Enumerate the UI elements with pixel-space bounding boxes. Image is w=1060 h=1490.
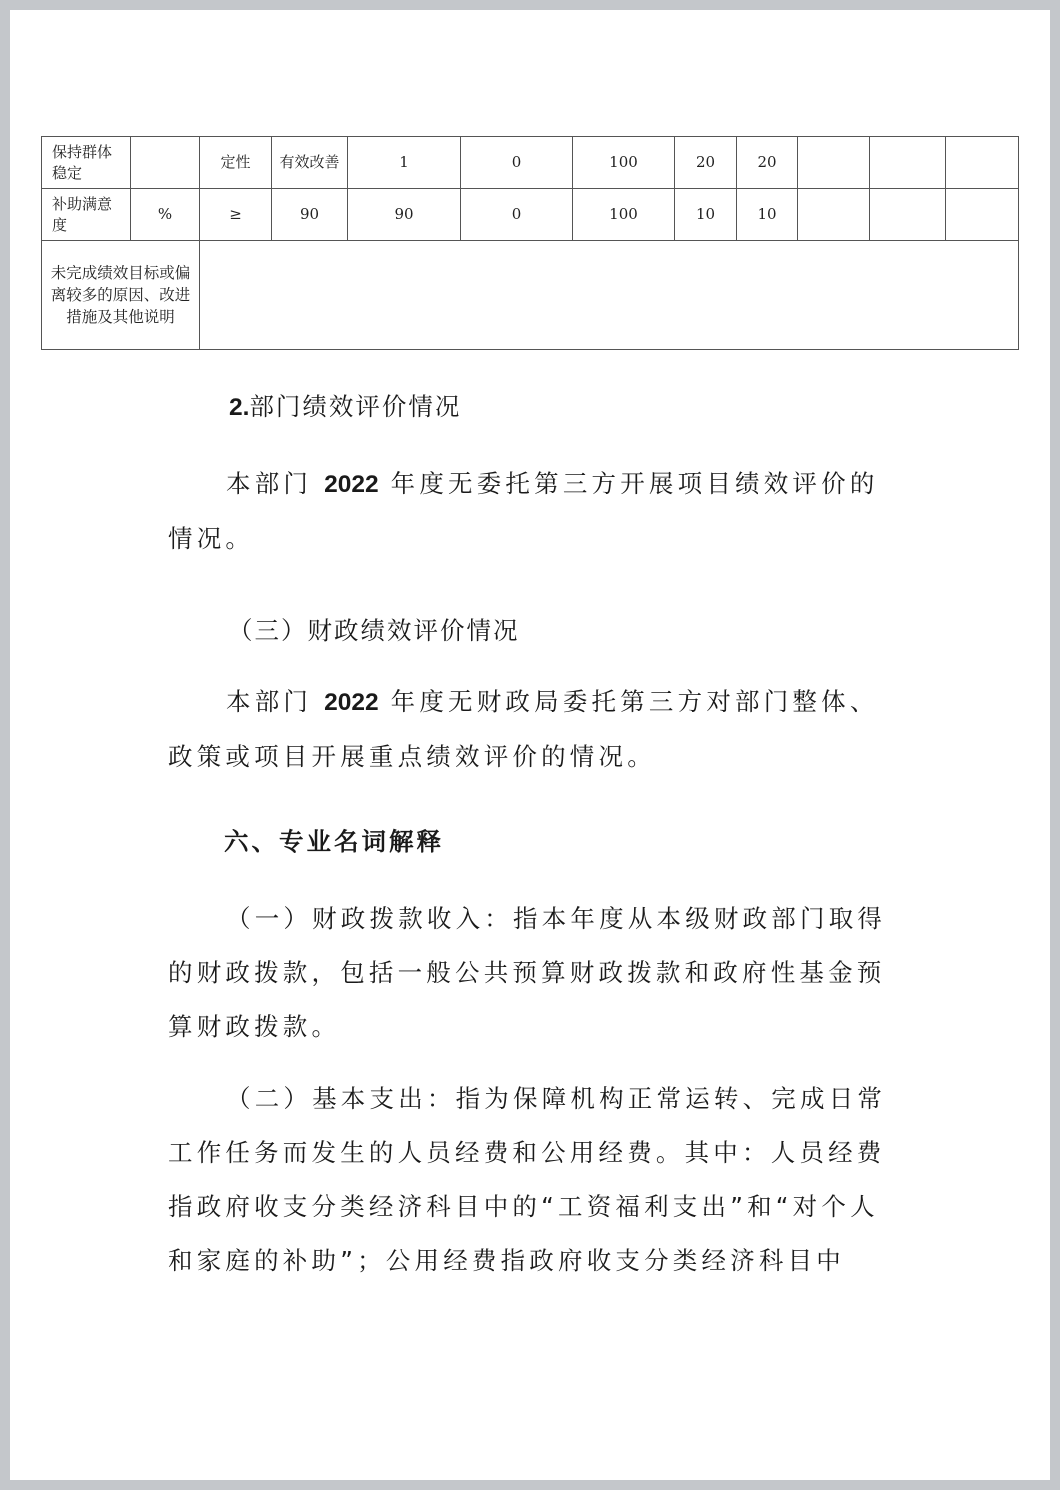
table-row: 保持群体稳定 定性 有效改善 1 0 100 20 20 [42,137,1019,189]
completion-rate-cell: 100 [573,189,675,241]
target-cell: 90 [272,189,348,241]
finance-eval-body: 本部门 2022 年度无财政局委托第三方对部门整体、政策或项目开展重点绩效评价的… [168,675,888,784]
weight-cell: 10 [675,189,737,241]
score-cell: 10 [737,189,798,241]
note-value-cell [200,241,1019,350]
empty-cell [798,137,870,189]
glossary-item-1: （一）财政拨款收入：指本年度从本级财政部门取得的财政拨款，包括一般公共预算财政拨… [168,892,888,1054]
table-row: 补助满意度 % ≥ 90 90 0 100 10 10 [42,189,1019,241]
completion-rate-cell: 100 [573,137,675,189]
type-cell: 定性 [200,137,272,189]
document-page: 保持群体稳定 定性 有效改善 1 0 100 20 20 补助满意度 % ≥ 9… [10,10,1050,1480]
actual-cell: 90 [348,189,461,241]
table-row-note: 未完成绩效目标或偏离较多的原因、改进措施及其他说明 [42,241,1019,350]
note-label-cell: 未完成绩效目标或偏离较多的原因、改进措施及其他说明 [42,241,200,350]
heading-number: 2. [229,394,249,421]
indicator-cell: 补助满意度 [42,189,131,241]
performance-table: 保持群体稳定 定性 有效改善 1 0 100 20 20 补助满意度 % ≥ 9… [41,136,1019,350]
deviation-cell: 0 [461,137,573,189]
empty-cell [870,189,946,241]
deviation-cell: 0 [461,189,573,241]
dept-eval-body: 本部门 2022 年度无委托第三方开展项目绩效评价的情况。 [168,457,888,566]
unit-cell [131,137,200,189]
heading-text: 部门绩效评价情况 [249,392,461,421]
empty-cell [798,189,870,241]
weight-cell: 20 [675,137,737,189]
glossary-heading: 六、专业名词解释 [224,825,444,859]
type-cell: ≥ [200,189,272,241]
empty-cell [946,189,1019,241]
glossary-item-2: （二）基本支出：指为保障机构正常运转、完成日常工作任务而发生的人员经费和公用经费… [168,1072,888,1288]
empty-cell [870,137,946,189]
body-text: 本部门 [226,687,312,716]
empty-cell [946,137,1019,189]
score-cell: 20 [737,137,798,189]
unit-cell: % [131,189,200,241]
target-cell: 有效改善 [272,137,348,189]
dept-eval-heading: 2.部门绩效评价情况 [229,390,461,425]
year-text: 2022 [324,471,379,498]
actual-cell: 1 [348,137,461,189]
body-text: 本部门 [226,469,312,498]
indicator-cell: 保持群体稳定 [42,137,131,189]
year-text: 2022 [324,689,379,716]
finance-eval-heading: （三）财政绩效评价情况 [228,614,520,648]
